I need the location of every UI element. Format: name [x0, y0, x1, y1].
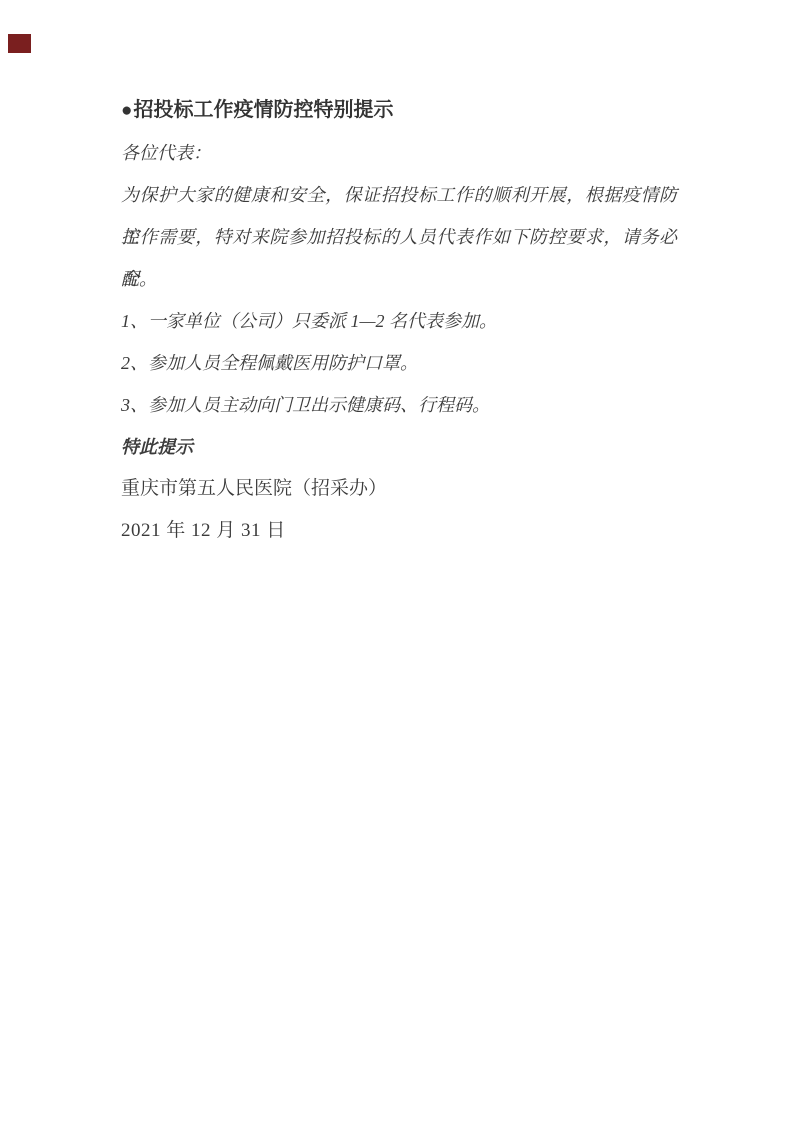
list-item: 3、参加人员主动向门卫出示健康码、行程码。 [121, 384, 677, 426]
page-corner-marker [8, 34, 31, 53]
list-item: 2、参加人员全程佩戴医用防护口罩。 [121, 342, 677, 384]
signature: 重庆市第五人民医院（招采办） [121, 468, 677, 510]
paragraph-line: 工作需要，特对来院参加招投标的人员代表作如下防控要求，请务必配 [121, 216, 677, 258]
paragraph-line: 合。 [121, 258, 677, 300]
date: 2021 年 12 月 31 日 [121, 510, 677, 552]
bullet-icon: ● [121, 100, 132, 121]
closing-phrase: 特此提示 [121, 426, 677, 468]
paragraph-line: 为保护大家的健康和安全，保证招投标工作的顺利开展，根据疫情防控 [121, 174, 677, 216]
document-page: { "page": { "background": "#ffffff", "te… [0, 0, 793, 1122]
salutation: 各位代表： [121, 132, 677, 174]
notice-title: 招投标工作疫情防控特别提示 [133, 99, 393, 121]
notice-body: ●招投标工作疫情防控特别提示 各位代表： 为保护大家的健康和安全，保证招投标工作… [121, 88, 677, 552]
notice-title-line: ●招投标工作疫情防控特别提示 [121, 88, 677, 132]
list-item: 1、一家单位（公司）只委派 1—2 名代表参加。 [121, 300, 677, 342]
